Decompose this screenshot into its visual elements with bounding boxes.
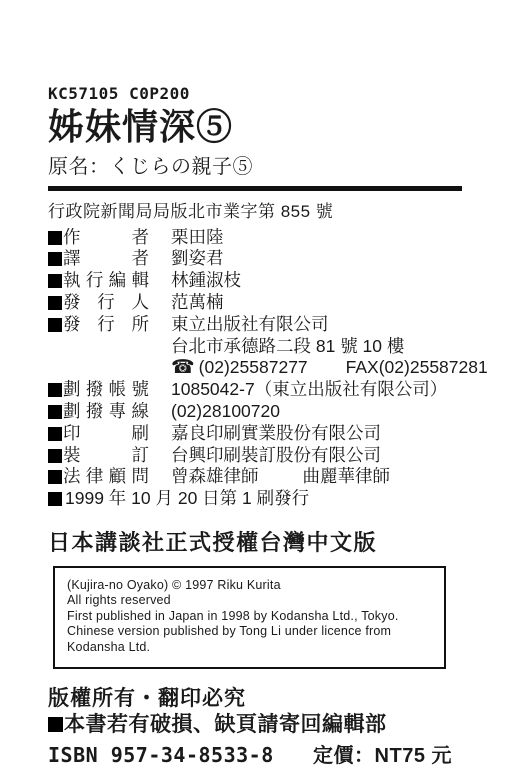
row-label: 執行編輯 <box>63 270 149 292</box>
original-title: 原名：くじらの親子⑤ <box>48 150 468 179</box>
row-legal-advisors: 法律顧問 曾森雄律師 曲麗華律師 <box>48 466 468 488</box>
phone-number: (02)25587277 <box>199 357 308 379</box>
fax-number: (02)25587281 <box>379 357 488 379</box>
publisher-phone-line: ☎ (02)25587277 FAX (02)25587281 <box>171 357 488 379</box>
square-bullet-icon <box>48 405 62 419</box>
colophon-rows: 作者 栗田陸 譯者 劉姿君 執行編輯 林鍾淑枝 發行人 范萬楠 發行所 東立出版… <box>48 227 468 510</box>
row-value: 1085042-7（東立出版社有限公司） <box>171 379 447 401</box>
row-executive-editor: 執行編輯 林鍾淑枝 <box>48 270 468 292</box>
license-line-copyright: (Kujira-no Oyako) © 1997 Riku Kurita <box>67 578 432 594</box>
gov-registration: 行政院新聞局局版北市業字第 855 號 <box>48 197 468 222</box>
row-value: 嘉良印刷實業股份有限公司 <box>171 423 381 445</box>
square-bullet-icon <box>48 231 62 245</box>
license-line-chinese-version: Chinese version published by Tong Li und… <box>67 624 432 655</box>
isbn-text: ISBN 957-34-8533-8 <box>48 743 274 767</box>
license-line-rights: All rights reserved <box>67 593 432 609</box>
row-value: (02)28100720 <box>171 401 280 423</box>
row-label: 劃撥帳號 <box>63 379 149 401</box>
row-label: 作者 <box>63 227 149 249</box>
row-label: 譯者 <box>63 248 149 270</box>
damage-notice: 本書若有破損、缺頁請寄回編輯部 <box>48 713 468 736</box>
square-bullet-icon <box>48 318 62 332</box>
copyright-notice: 版權所有・翻印必究 <box>48 682 468 712</box>
license-box: (Kujira-no Oyako) © 1997 Riku Kurita All… <box>53 566 446 670</box>
row-printer: 印刷 嘉良印刷實業股份有限公司 <box>48 423 468 445</box>
row-value: 栗田陸 <box>171 227 224 249</box>
license-line-first-published: First published in Japan in 1998 by Koda… <box>67 609 432 625</box>
row-value: 林鍾淑枝 <box>171 270 241 292</box>
legal-advisor-second: 曲麗華律師 <box>303 466 391 488</box>
row-value: 范萬楠 <box>171 292 224 314</box>
book-title: 姊妹情深⑤ <box>48 107 468 147</box>
square-bullet-icon <box>48 449 62 463</box>
row-bindery: 裝訂 台興印刷裝訂股份有限公司 <box>48 445 468 467</box>
square-bullet-icon <box>48 383 62 397</box>
row-postal-account: 劃撥帳號 1085042-7（東立出版社有限公司） <box>48 379 468 401</box>
square-bullet-icon <box>48 470 62 484</box>
price-text: 定價：NT75 元 <box>313 739 452 768</box>
row-label: 裝訂 <box>63 445 149 467</box>
publisher-details: 東立出版社有限公司 台北市承德路二段 81 號 10 樓 ☎ (02)25587… <box>171 314 488 379</box>
phone-icon: ☎ <box>171 357 195 379</box>
publisher-name: 東立出版社有限公司 <box>171 314 488 336</box>
row-postal-hotline: 劃撥專線 (02)28100720 <box>48 401 468 423</box>
square-bullet-icon <box>48 492 62 506</box>
row-issuer: 發行人 范萬楠 <box>48 292 468 314</box>
square-bullet-icon <box>48 296 62 310</box>
row-edition-date: 1999 年 10 月 20 日第 1 刷發行 <box>48 488 468 510</box>
square-bullet-icon <box>48 274 62 288</box>
row-publisher: 發行所 東立出版社有限公司 台北市承德路二段 81 號 10 樓 ☎ (02)2… <box>48 314 468 379</box>
row-translator: 譯者 劉姿君 <box>48 248 468 270</box>
row-author: 作者 栗田陸 <box>48 227 468 249</box>
publisher-address: 台北市承德路二段 81 號 10 樓 <box>171 336 488 358</box>
row-label: 印刷 <box>63 423 149 445</box>
edition-date: 1999 年 10 月 20 日第 1 刷發行 <box>65 488 309 510</box>
row-value: 劉姿君 <box>171 248 224 270</box>
row-label: 法律顧問 <box>63 466 149 488</box>
divider-rule <box>48 186 462 191</box>
row-value: 台興印刷裝訂股份有限公司 <box>171 445 381 467</box>
square-bullet-icon <box>48 252 62 266</box>
row-label: 發行所 <box>63 314 149 336</box>
product-code: KC57105 C0P200 <box>48 84 468 103</box>
square-bullet-icon <box>48 717 63 732</box>
square-bullet-icon <box>48 427 62 441</box>
row-label: 劃撥專線 <box>63 401 149 423</box>
row-label: 發行人 <box>63 292 149 314</box>
isbn-price-row: ISBN 957-34-8533-8 定價：NT75 元 <box>48 739 452 768</box>
colophon-page: KC57105 C0P200 姊妹情深⑤ 原名：くじらの親子⑤ 行政院新聞局局版… <box>48 0 468 768</box>
legal-advisor-first: 曾森雄律師 <box>171 466 259 488</box>
fax-label: FAX <box>346 357 379 379</box>
damage-notice-text: 本書若有破損、缺頁請寄回編輯部 <box>64 713 387 736</box>
authorization-banner: 日本講談社正式授權台灣中文版 <box>48 526 468 557</box>
